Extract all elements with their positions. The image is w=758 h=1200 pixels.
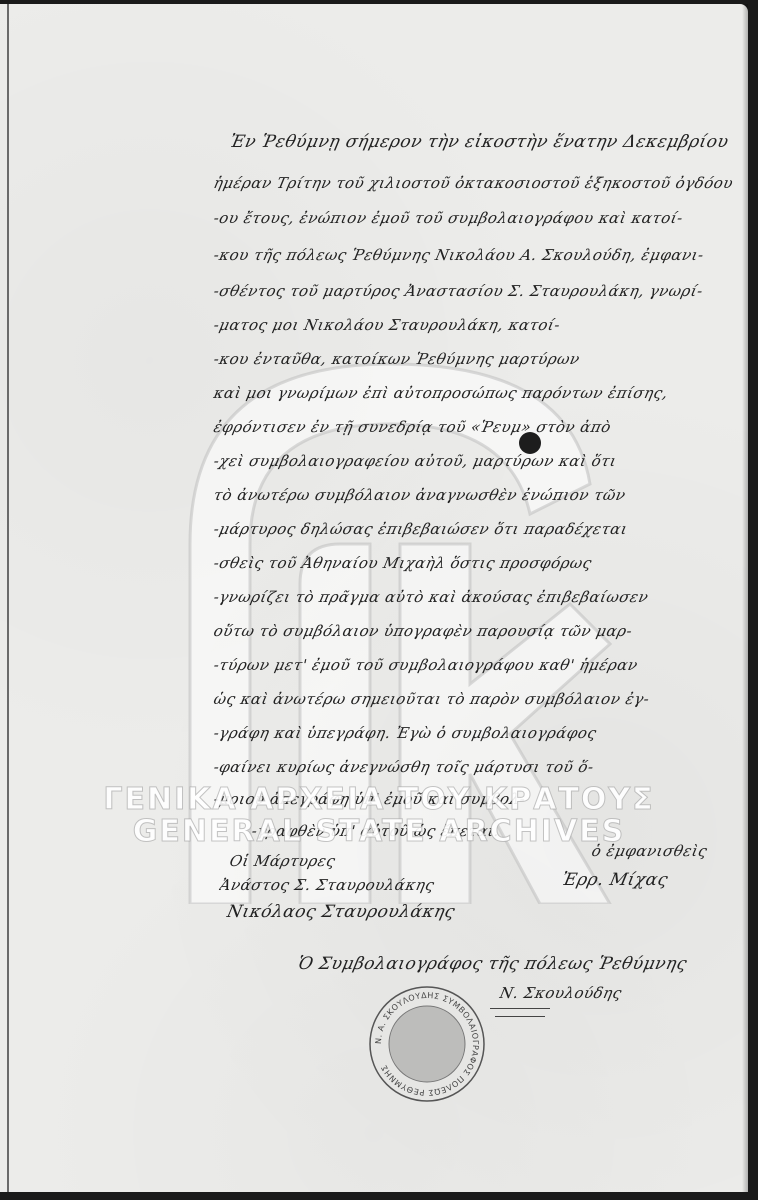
margin-rule bbox=[7, 4, 9, 1192]
body-line: καὶ μοι γνωρίμων ἐπὶ αὐτοπροσώπως παρόντ… bbox=[212, 384, 752, 402]
body-line: ἡμέραν Τρίτην τοῦ χιλιοστοῦ ὀκτακοσιοστο… bbox=[212, 174, 752, 192]
body-line: -κου ἐνταῦθα, κατοίκων Ῥεθύμνης μαρτύρων bbox=[212, 350, 752, 368]
ink-blot bbox=[519, 432, 541, 454]
notary-title: Ὁ Συμβολαιογράφος τῆς πόλεως Ῥεθύμνης bbox=[296, 954, 689, 974]
body-line: ἐφρόντισεν ἐν τῇ συνεδρίᾳ τοῦ «Ῥευμ» στὸ… bbox=[212, 418, 752, 436]
body-line: -γραφθὲν ὑπ' αὐτοῦ ὡς ἔπεται. bbox=[250, 822, 654, 840]
body-line: -ου ἔτους, ἐνώπιον ἐμοῦ τοῦ συμβολαιογρά… bbox=[212, 209, 752, 227]
body-line: τὸ ἀνωτέρω συμβόλαιον ἀναγνωσθὲν ἐνώπιον… bbox=[212, 486, 752, 504]
signature-underline bbox=[490, 1008, 550, 1009]
body-line: -γράφη καὶ ὑπεγράφη. Ἐγὼ ὁ συμβολαιογράφ… bbox=[212, 724, 752, 742]
appearing-party-label: ὁ ἐμφανισθεὶς bbox=[590, 842, 709, 860]
notary-seal-icon: Ν. Α. ΣΚΟΥΛΟΥΔΗΣ ΣΥΜΒΟΛΑΙΟΓΡΑΦΟΣ ΠΟΛΕΩΣ … bbox=[367, 984, 487, 1104]
body-line: -μάρτυρος δηλώσας ἐπιβεβαιώσεν ὅτι παραδ… bbox=[212, 520, 752, 538]
body-line: -σθέντος τοῦ μαρτύρος Ἀναστασίου Σ. Σταυ… bbox=[212, 282, 752, 300]
witness-signature: Ἀνάστος Σ. Σταυρουλάκης bbox=[218, 876, 436, 894]
body-line: ὡς καὶ ἀνωτέρω σημειοῦται τὸ παρὸν συμβό… bbox=[212, 690, 752, 708]
body-line: Ἐν Ῥεθύμνῃ σήμερον τὴν εἰκοστὴν ἕνατην Δ… bbox=[228, 132, 752, 152]
body-line: -γνωρίζει τὸ πρᾶγμα αὐτὸ καὶ ἀκούσας ἐπι… bbox=[212, 588, 752, 606]
document-page: Ἐν Ῥεθύμνῃ σήμερον τὴν εἰκοστὴν ἕνατην Δ… bbox=[0, 4, 748, 1192]
body-line: -κου τῆς πόλεως Ῥεθύμνης Νικολάου Α. Σκο… bbox=[212, 246, 752, 264]
witness-signature: Νικόλαος Σταυρουλάκης bbox=[225, 902, 457, 922]
body-line: -ματος μοι Νικολάου Σταυρουλάκη, κατοί- bbox=[212, 316, 752, 334]
witnesses-heading: Οἱ Μάρτυρες bbox=[228, 852, 337, 870]
body-line: -μοιου ἀπεγράφη ὑπ' ἐμοῦ καὶ συμβολ- bbox=[212, 790, 752, 808]
appearing-party-signature: Ἐρρ. Μίχας bbox=[560, 870, 670, 890]
body-line: -χεὶ συμβολαιογραφείου αὐτοῦ, μαρτύρων κ… bbox=[212, 452, 752, 470]
body-line: -σθεὶς τοῦ Ἀθηναίου Μιχαὴλ ὅστις προσφόρ… bbox=[212, 554, 752, 572]
signature-underline bbox=[495, 1016, 545, 1017]
notary-signature: Ν. Σκουλούδης bbox=[498, 984, 624, 1002]
body-line: -τύρων μετ' ἐμοῦ τοῦ συμβολαιογράφου καθ… bbox=[212, 656, 752, 674]
body-line: οὕτω τὸ συμβόλαιον ὑπογραφὲν παρουσίᾳ τῶ… bbox=[212, 622, 752, 640]
body-line: -φαίνει κυρίως ἀνεγνώσθη τοῖς μάρτυσι το… bbox=[212, 758, 752, 776]
